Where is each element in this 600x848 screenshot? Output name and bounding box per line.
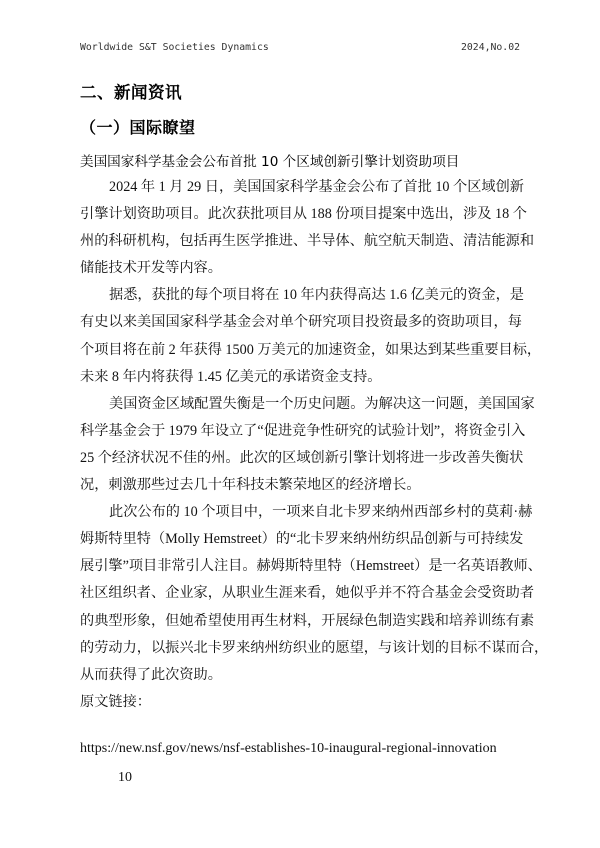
body-line: 科学基金会于 1979 年设立了“促进竞争性研究的试验计划”，将资金引入 [80, 418, 522, 445]
issue-number: 2024,No.02 [461, 42, 520, 53]
article-title: 美国国家科学基金会公布首批 10 个区域创新引擎计划资助项目 [80, 150, 459, 170]
body-line: 储能技术开发等内容。 [80, 255, 522, 282]
running-header: Worldwide S&T Societies Dynamics 2024,No… [80, 42, 520, 56]
body-line: 的劳动力，以振兴北卡罗来纳州纺织业的愿望，与该计划的目标不谋而合， [80, 635, 522, 662]
page-number: 10 [118, 770, 132, 786]
journal-name: Worldwide S&T Societies Dynamics [80, 42, 269, 53]
body-line: 况，刺激那些过去几十年科技未繁荣地区的经济增长。 [80, 472, 522, 499]
body-line: 个项目将在前 2 年获得 1500 万美元的加速资金，如果达到某些重要目标， [80, 337, 522, 364]
document-page: Worldwide S&T Societies Dynamics 2024,No… [0, 0, 600, 848]
article-body: 2024 年 1 月 29 日，美国国家科学基金会公布了首批 10 个区域创新引… [80, 174, 522, 716]
subsection-heading: （一）国际瞭望 [80, 115, 196, 138]
body-line: 美国资金区域配置失衡是一个历史问题。为解决这一问题，美国国家 [80, 391, 522, 418]
body-line: 引擎计划资助项目。此次获批项目从 188 份项目提案中选出，涉及 18 个 [80, 201, 522, 228]
body-line: 展引擎”项目非常引人注目。赫姆斯特里特（Hemstreet）是一名英语教师、 [80, 553, 522, 580]
body-line: 社区组织者、企业家，从职业生涯来看，她似乎并不符合基金会受资助者 [80, 580, 522, 607]
body-line: 此次公布的 10 个项目中，一项来自北卡罗来纳州西部乡村的莫莉·赫 [80, 499, 522, 526]
body-line: 从而获得了此次资助。 [80, 662, 522, 689]
body-line: 未来 8 年内将获得 1.45 亿美元的承诺资金支持。 [80, 364, 522, 391]
body-line: 州的科研机构，包括再生医学推进、半导体、航空航天制造、清洁能源和 [80, 228, 522, 255]
body-line: 姆斯特里特（Molly Hemstreet）的“北卡罗来纳州纺织品创新与可持续发 [80, 526, 522, 553]
source-link[interactable]: https://new.nsf.gov/news/nsf-establishes… [80, 741, 497, 757]
body-line: 2024 年 1 月 29 日，美国国家科学基金会公布了首批 10 个区域创新 [80, 174, 522, 201]
section-heading: 二、新闻资讯 [80, 79, 182, 103]
body-line: 原文链接： [80, 689, 522, 716]
body-line: 的典型形象，但她希望使用再生材料，开展绿色制造实践和培养训练有素 [80, 608, 522, 635]
body-line: 25 个经济状况不佳的州。此次的区域创新引擎计划将进一步改善失衡状 [80, 445, 522, 472]
body-line: 有史以来美国国家科学基金会对单个研究项目投资最多的资助项目，每 [80, 309, 522, 336]
body-line: 据悉，获批的每个项目将在 10 年内获得高达 1.6 亿美元的资金，是 [80, 282, 522, 309]
